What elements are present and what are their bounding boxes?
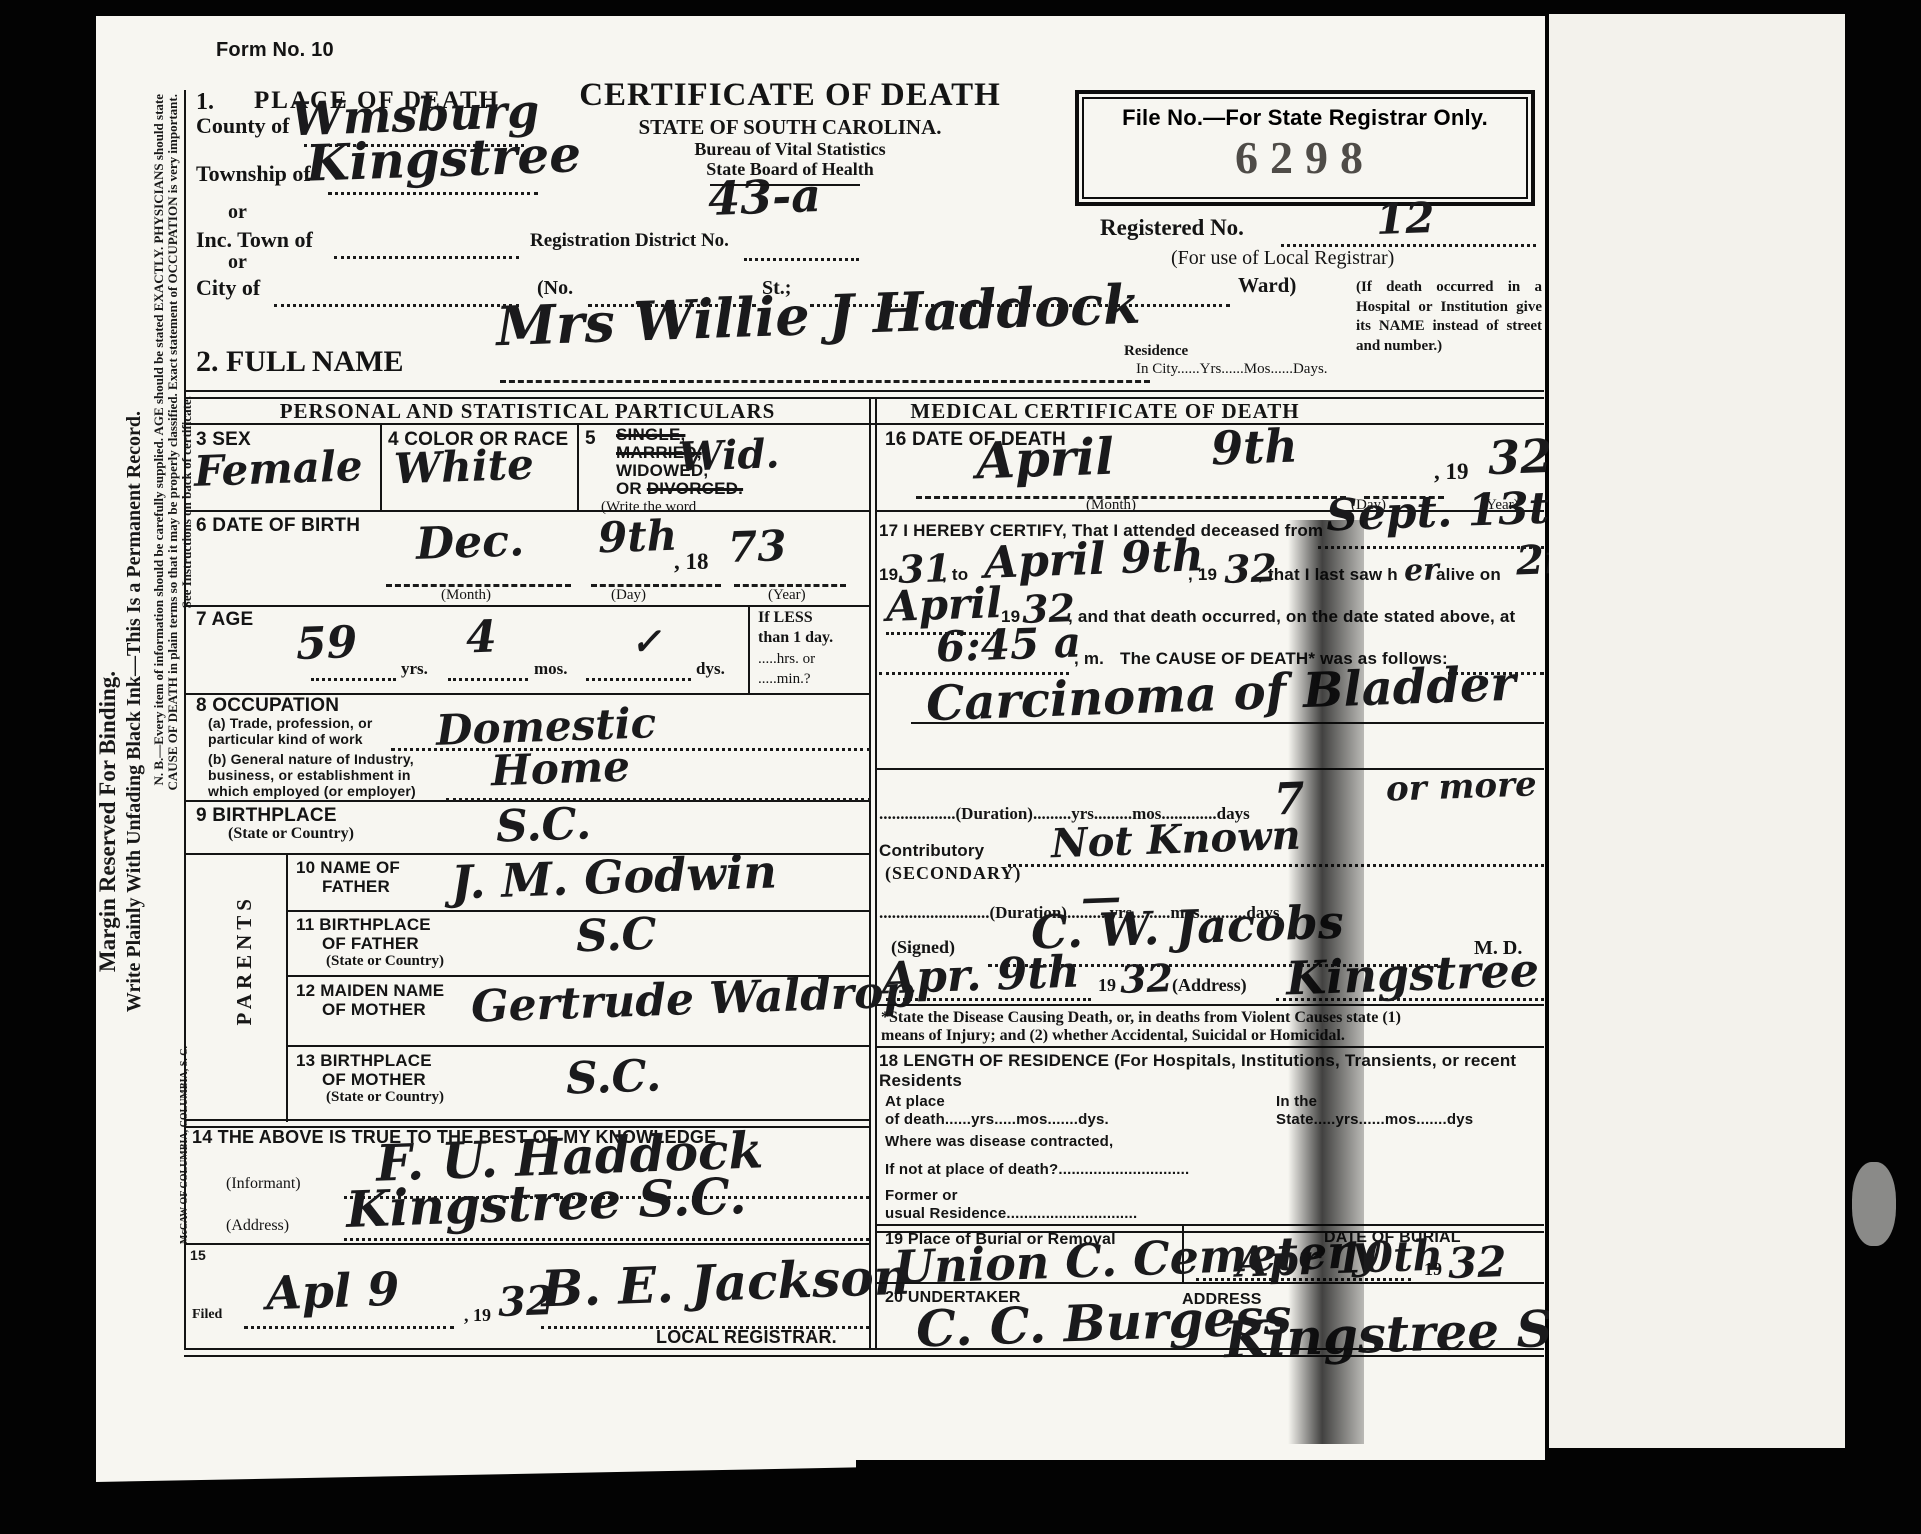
registration-district-label: Registration District No. — [530, 231, 729, 251]
occupation-b-line-1: (b) General nature of Industry, — [208, 752, 414, 767]
full-name-value: Mrs Willie J Haddock — [495, 277, 1141, 353]
scan-artifact — [1852, 1162, 1896, 1246]
dotted-leader — [244, 1324, 454, 1329]
day-caption: (Day) — [611, 588, 646, 604]
informant-address-value: Kingstree S.C. — [345, 1171, 747, 1235]
left-column-heading: PERSONAL AND STATISTICAL PARTICULARS — [184, 400, 871, 422]
dotted-leader — [274, 302, 519, 307]
where-contracted-label: Where was disease contracted, — [885, 1134, 1113, 1150]
occupation-a-line-1: (a) Trade, profession, or — [208, 716, 372, 731]
blank-facing-page — [1549, 14, 1845, 1448]
marital-or-text: OR — [616, 479, 647, 498]
former-residence-label-1: Former or — [885, 1188, 958, 1204]
mother-birthplace-caption: (State or Country) — [326, 1090, 444, 1106]
age-days-checkmark: ✓ — [630, 623, 661, 660]
death-month-value: April — [975, 432, 1115, 487]
father-birthplace-caption: (State or Country) — [326, 954, 444, 970]
rule-line — [710, 184, 860, 186]
rule-line — [875, 1004, 1544, 1006]
scan-shadow-streak — [1288, 520, 1364, 1444]
cell-border — [380, 425, 382, 510]
dotted-leader — [334, 254, 519, 259]
filed-19-prefix: , 19 — [464, 1306, 491, 1325]
mother-birthplace-label-1: 13 BIRTHPLACE — [296, 1052, 432, 1070]
marital-value: Wid. — [677, 434, 780, 478]
father-name-value: J. M. Godwin — [450, 848, 777, 905]
if-less-line-1: If LESS — [758, 610, 813, 627]
if-not-at-place-row: If not at place of death?...............… — [885, 1162, 1189, 1178]
signature-19-prefix: 19 — [1098, 976, 1116, 995]
age-years-value: 59 — [295, 621, 358, 667]
full-name-label: 2. FULL NAME — [196, 346, 404, 378]
marital-or-divorced-option: OR DIVORCED. — [616, 480, 743, 498]
year-caption: (Year) — [768, 588, 806, 604]
contributory-label: Contributory — [879, 842, 984, 860]
hospital-note: (If death occurred in a Hospital or Inst… — [1356, 278, 1542, 356]
dotted-leader — [586, 676, 691, 681]
or-label-1: or — [228, 202, 247, 223]
mother-birthplace-label-2: OF MOTHER — [322, 1071, 426, 1089]
bureau-subtitle: Bureau of Vital Statistics — [545, 140, 1035, 159]
dashed-leader — [500, 378, 1150, 383]
occupation-a-line-2: particular kind of work — [208, 732, 363, 747]
occupation-b-line-2: business, or establishment in — [208, 768, 411, 783]
file-number-stamp: 6298 — [1084, 131, 1526, 184]
board-subtitle: State Board of Health — [545, 160, 1035, 179]
residence-label: Residence — [1124, 344, 1188, 360]
ward-label: Ward) — [1238, 274, 1296, 296]
certify-line-2-alive: alive on — [1436, 566, 1501, 584]
township-label: Township of — [196, 162, 311, 185]
dotted-leader — [344, 1236, 869, 1241]
duration-or-more-value: or more — [1385, 767, 1537, 806]
dotted-leader — [744, 256, 859, 261]
if-less-line-3: .....hrs. or — [758, 652, 815, 668]
signature-address-label: (Address) — [1172, 976, 1247, 995]
file-number-label: File No.—For State Registrar Only. — [1084, 105, 1526, 131]
cell-border — [577, 425, 579, 510]
margin-binding-note: Margin Reserved For Binding. — [96, 671, 119, 972]
file-number-box-inner: File No.—For State Registrar Only. 6298 — [1082, 97, 1528, 199]
rule-line — [184, 423, 1544, 425]
former-residence-row: usual Residence.........................… — [885, 1206, 1137, 1222]
secondary-label: (SECONDARY) — [885, 864, 1021, 883]
signature-date-value: Apr. 9th — [881, 951, 1080, 1002]
mother-birthplace-value: S.C. — [565, 1054, 662, 1101]
item-1-number: 1. — [196, 90, 214, 115]
race-value: White — [393, 444, 534, 491]
margin-permanent-record-note: Write Plainly With Unfading Black Ink—Th… — [124, 411, 144, 1012]
mother-maiden-value: Gertrude Waldrop — [470, 970, 914, 1029]
scanned-death-certificate: Margin Reserved For Binding. Write Plain… — [0, 0, 1921, 1534]
marital-number: 5 — [585, 429, 596, 449]
if-less-line-2: than 1 day. — [758, 630, 833, 647]
signature-year-value: 32 — [1119, 959, 1173, 999]
birthplace-label: 9 BIRTHPLACE — [196, 806, 337, 826]
attended-to-value: April 9th — [983, 534, 1204, 586]
occupation-b-line-3: which employed (or employer) — [208, 784, 416, 799]
mother-maiden-label-2: OF MOTHER — [322, 1001, 426, 1019]
state-subtitle: STATE OF SOUTH CAROLINA. — [545, 116, 1035, 138]
rule-line — [184, 1243, 871, 1245]
residence-in-city-row: In City......Yrs......Mos......Days. — [1136, 362, 1328, 378]
margin-nb-note-2: CAUSE OF DEATH in plain terms so that it… — [166, 94, 179, 791]
birth-day-value: 9th — [597, 515, 678, 560]
father-birthplace-label-1: 11 BIRTHPLACE — [296, 916, 431, 934]
age-months-unit: mos. — [534, 660, 568, 678]
local-registrar-label: LOCAL REGISTRAR. — [656, 1328, 837, 1347]
rule-line — [184, 510, 871, 512]
residents-label: Residents — [879, 1072, 962, 1090]
form-number: Form No. 10 — [216, 40, 334, 61]
burial-19-prefix: 19 — [1424, 1260, 1442, 1279]
margin-see-instructions-note: See Instructions on back of certificate. — [180, 396, 193, 608]
cell-border — [286, 853, 288, 1122]
birthplace-value: S.C. — [495, 802, 592, 849]
am-label: , m. — [1074, 650, 1104, 668]
item-15-number: 15 — [190, 1248, 206, 1263]
birth-year-prefix: , 18 — [674, 550, 709, 574]
filed-label: Filed — [192, 1308, 222, 1323]
column-divider — [869, 398, 877, 1348]
death-day-value: 9th — [1210, 423, 1298, 472]
registered-no-label: Registered No. — [1100, 216, 1244, 240]
father-name-label-1: 10 NAME OF — [296, 859, 400, 877]
certify-line-2-19b: , 19 — [1188, 566, 1217, 584]
her-overwrite-value: er — [1403, 555, 1439, 586]
form-left-border — [184, 90, 186, 1348]
certificate-title: CERTIFICATE OF DEATH — [545, 78, 1035, 113]
date-of-birth-label: 6 DATE OF BIRTH — [196, 516, 360, 536]
mother-maiden-label-1: 12 MAIDEN NAME — [296, 982, 444, 1000]
inc-town-label: Inc. Town of — [196, 228, 313, 251]
age-months-value: 4 — [465, 615, 497, 660]
rule-line — [875, 1282, 1544, 1284]
age-label: 7 AGE — [196, 610, 253, 630]
city-label: City of — [196, 276, 260, 299]
burial-year-value: 32 — [1447, 1241, 1507, 1285]
at-place-label-1: At place — [885, 1094, 945, 1110]
registered-no-value: 12 — [1375, 197, 1435, 241]
age-years-unit: yrs. — [401, 660, 428, 678]
death-month-caption: (Month) — [1086, 498, 1136, 514]
dotted-leader — [448, 676, 528, 681]
township-value: Kingstree — [305, 129, 582, 189]
sex-value: Female — [193, 445, 363, 493]
rule-line — [875, 1046, 1544, 1048]
rule-line — [286, 1045, 871, 1047]
father-name-label-2: FATHER — [322, 878, 390, 896]
length-of-residence-label: 18 LENGTH OF RESIDENCE (For Hospitals, I… — [879, 1052, 1516, 1070]
filed-date-value: Apl 9 — [265, 1266, 400, 1317]
birth-year-value: 73 — [727, 525, 787, 569]
death-19-prefix: , 19 — [1434, 460, 1469, 484]
margin-nb-note-1: N. B.—Every item of information should b… — [152, 94, 165, 786]
birthplace-state-caption: (State or Country) — [228, 826, 354, 843]
contributory-value: Not Known — [1050, 816, 1301, 865]
birth-month-value: Dec. — [415, 519, 525, 567]
father-birthplace-label-2: OF FATHER — [322, 935, 419, 953]
informant-label: (Informant) — [226, 1176, 301, 1193]
month-caption: (Month) — [441, 588, 491, 604]
or-label-2: or — [228, 252, 247, 273]
dotted-leader — [311, 676, 396, 681]
file-number-box: File No.—For State Registrar Only. 6298 — [1075, 90, 1535, 206]
dotted-leader — [886, 996, 1091, 1001]
local-registrar-use-note: (For use of Local Registrar) — [1171, 248, 1394, 269]
marital-divorced-text: DIVORCED. — [647, 479, 743, 498]
registration-district-value: 43-a — [707, 172, 821, 222]
rule-line — [184, 390, 1544, 399]
cell-border — [748, 605, 750, 693]
age-days-unit: dys. — [696, 660, 725, 678]
time-of-death-value: 6:45 a — [935, 621, 1081, 668]
death-year-value: 32 — [1487, 433, 1553, 481]
occupation-industry-value: Home — [490, 746, 630, 793]
at-place-row: of death......yrs.....mos.......dys. — [885, 1112, 1109, 1128]
marital-single-option: SINGLE, — [616, 426, 685, 444]
rule-line — [184, 605, 871, 607]
if-less-line-4: .....min.? — [758, 672, 811, 688]
informant-address-label: (Address) — [226, 1218, 289, 1235]
local-registrar-signature: B. E. Jackson — [540, 1252, 911, 1315]
parents-vertical-label: PARENTS — [234, 894, 255, 1025]
occupation-label: 8 OCCUPATION — [196, 696, 339, 716]
father-birthplace-value: S.C — [575, 913, 657, 960]
county-label: County of — [196, 114, 290, 137]
footnote-line-2: means of Injury; and (2) whether Acciden… — [881, 1028, 1345, 1045]
rule-line — [911, 722, 1544, 724]
